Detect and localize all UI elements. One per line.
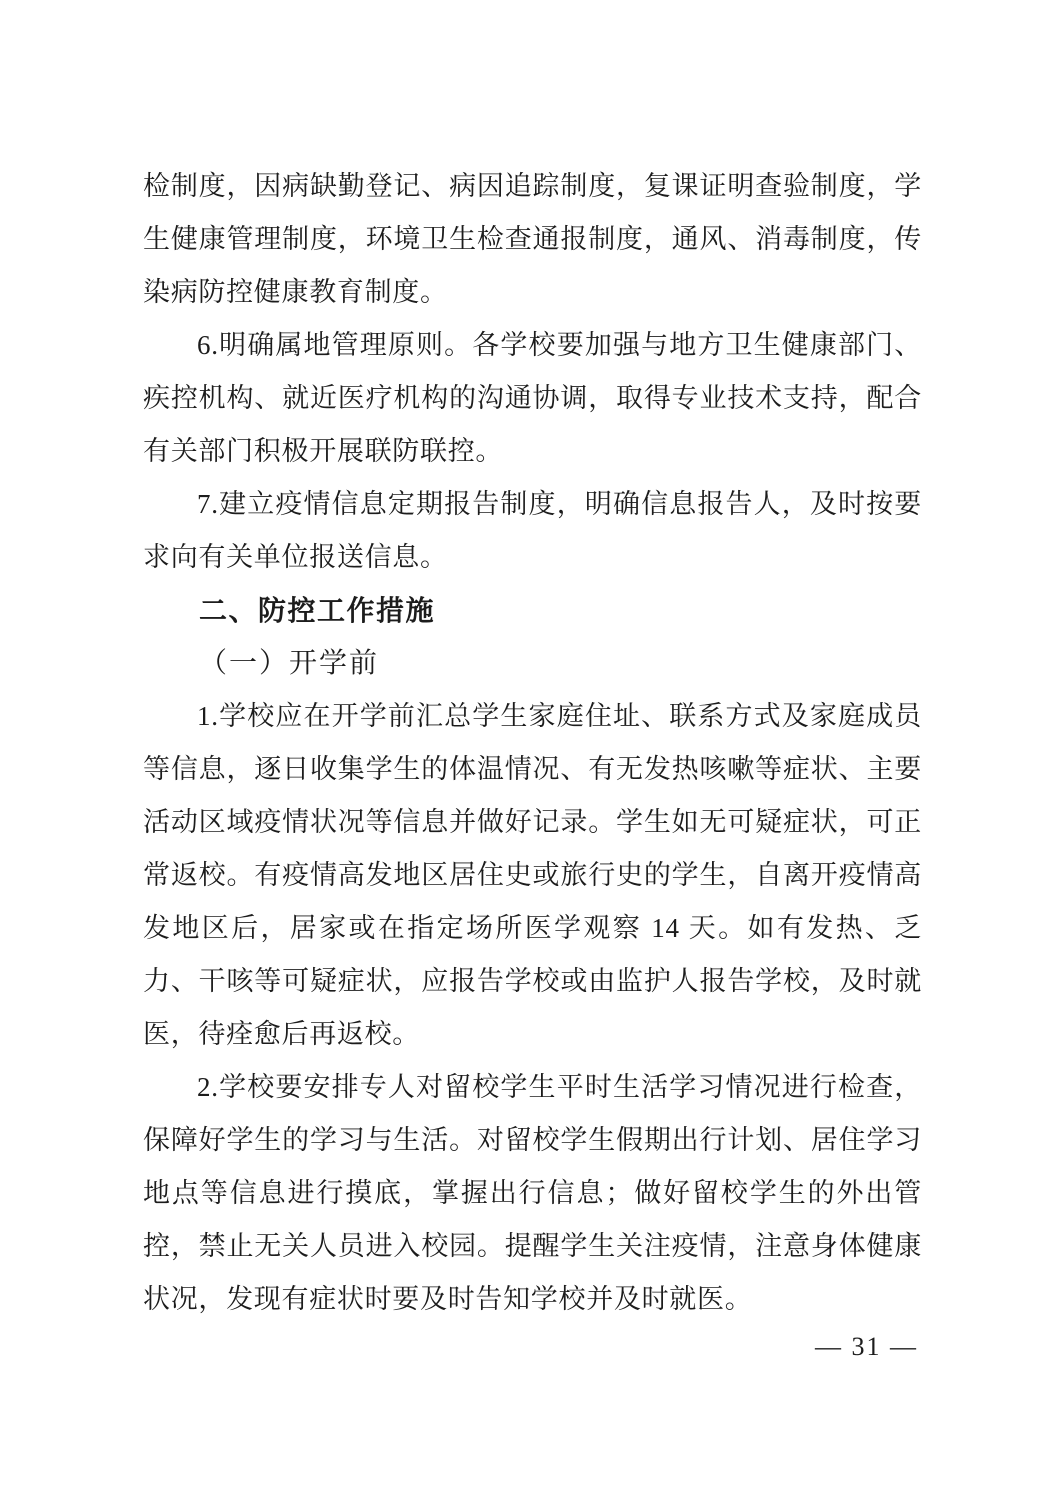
- paragraph-item-7: 7.建立疫情信息定期报告制度，明确信息报告人，及时按要求向有关单位报送信息。: [143, 478, 922, 584]
- paragraph-item-1: 1.学校应在开学前汇总学生家庭住址、联系方式及家庭成员等信息，逐日收集学生的体温…: [143, 690, 922, 1061]
- paragraph-item-6: 6.明确属地管理原则。各学校要加强与地方卫生健康部门、疾控机构、就近医疗机构的沟…: [143, 319, 922, 478]
- document-page: 检制度，因病缺勤登记、病因追踪制度，复课证明查验制度，学生健康管理制度，环境卫生…: [0, 0, 1060, 1500]
- page-number: — 31 —: [815, 1332, 918, 1362]
- section-heading: 二、防控工作措施: [143, 584, 922, 637]
- paragraph-item-2: 2.学校要安排专人对留校学生平时生活学习情况进行检查，保障好学生的学习与生活。对…: [143, 1061, 922, 1326]
- document-body: 检制度，因病缺勤登记、病因追踪制度，复课证明查验制度，学生健康管理制度，环境卫生…: [143, 160, 922, 1326]
- paragraph-continuation: 检制度，因病缺勤登记、病因追踪制度，复课证明查验制度，学生健康管理制度，环境卫生…: [143, 160, 922, 319]
- subsection-heading: （一）开学前: [143, 637, 922, 690]
